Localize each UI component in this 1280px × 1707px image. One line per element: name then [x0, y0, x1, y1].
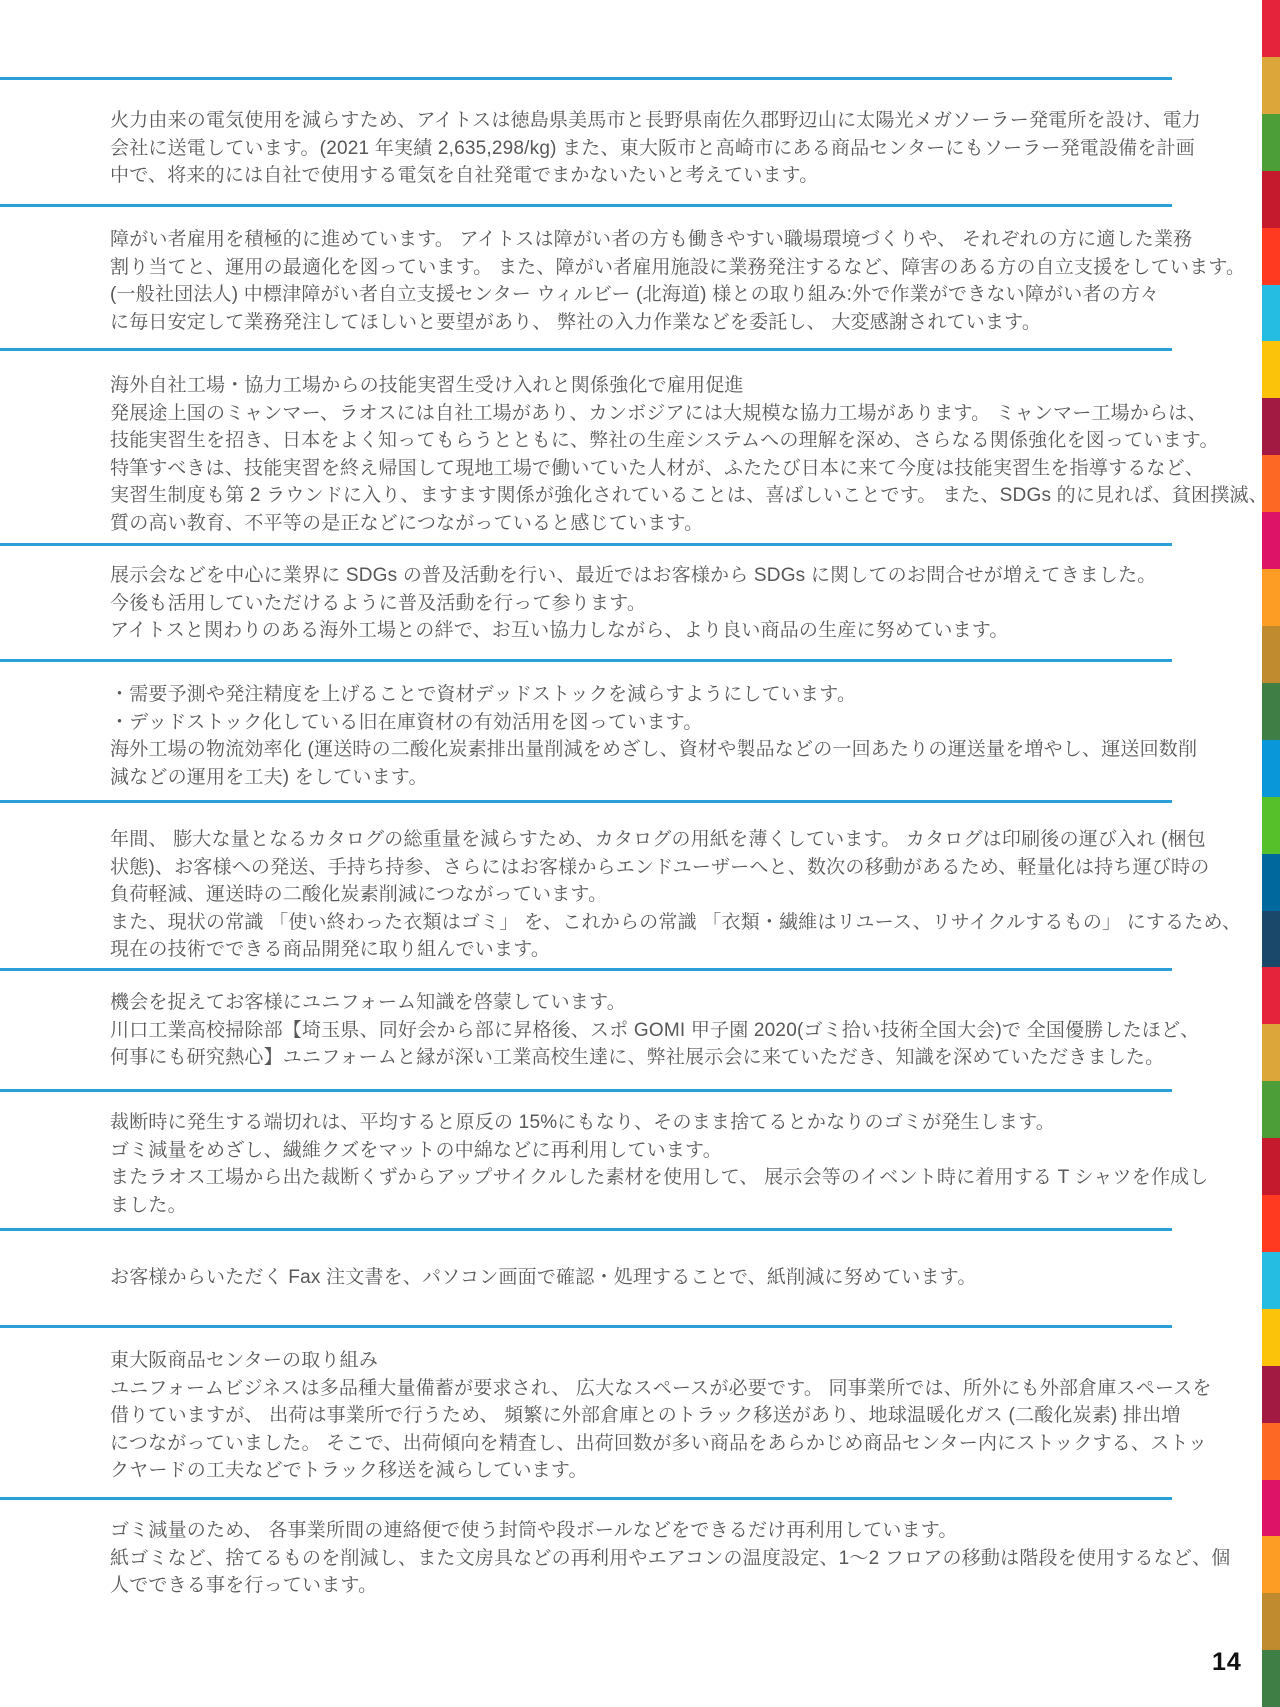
section-divider	[0, 1325, 1172, 1328]
section-text-block-fabric-scrap-recycling: 裁断時に発生する端切れは、平均すると原反の 15%にもなり、そのまま捨てるとかな…	[110, 1109, 1270, 1219]
sdg-color-segment	[1262, 512, 1280, 569]
sdg-color-segment	[1262, 1138, 1280, 1195]
section-divider	[0, 204, 1172, 207]
sdg-color-segment	[1262, 171, 1280, 228]
text-line: また、現状の常識 「使い終わった衣類はゴミ」 を、これからの常識 「衣類・繊維は…	[110, 909, 1270, 937]
text-line: ゴミ減量のため、 各事業所間の連絡便で使う封筒や段ボールなどをできるだけ再利用し…	[110, 1517, 1270, 1545]
text-line: 紙ゴミなど、捨てるものを削減し、また文房具などの再利用やエアコンの温度設定、1〜…	[110, 1545, 1270, 1573]
section-divider	[0, 1089, 1172, 1092]
text-line: 川口工業高校掃除部【埼玉県、同好会から部に昇格後、スポ GOMI 甲子園 202…	[110, 1017, 1270, 1045]
text-line: クヤードの工夫などでトラック移送を減らしています。	[110, 1457, 1270, 1485]
text-line: に毎日安定して業務発注してほしいと要望があり、 弊社の入力作業などを委託し、 大…	[110, 309, 1270, 337]
sdg-color-segment	[1262, 797, 1280, 854]
text-line: 負荷軽減、運送時の二酸化炭素削減につながっています。	[110, 881, 1270, 909]
text-line: 海外工場の物流効率化 (運送時の二酸化炭素排出量削減をめざし、資材や製品などの一…	[110, 736, 1270, 764]
section-divider	[0, 968, 1172, 971]
sdg-color-segment	[1262, 285, 1280, 342]
text-line: 火力由来の電気使用を減らすため、アイトスは徳島県美馬市と長野県南佐久郡野辺山に太…	[110, 107, 1270, 135]
text-line: 機会を捉えてお客様にユニフォーム知識を啓蒙しています。	[110, 989, 1270, 1017]
sdg-color-segment	[1262, 1480, 1280, 1537]
sdg-color-segment	[1262, 1252, 1280, 1309]
sdg-color-segment	[1262, 57, 1280, 114]
section-divider	[0, 659, 1172, 662]
sdg-color-segment	[1262, 1423, 1280, 1480]
sdg-color-segment	[1262, 228, 1280, 285]
section-text-block-sdgs-outreach: 展示会などを中心に業界に SDGs の普及活動を行い、最近ではお客様から SDG…	[110, 562, 1270, 645]
text-line: 特筆すべきは、技能実習を終え帰国して現地工場で働いていた人材が、ふたたび日本に来…	[110, 455, 1270, 483]
sdg-color-segment	[1262, 569, 1280, 626]
text-line: (一般社団法人) 中標津障がい者自立支援センター ウィルビー (北海道) 様との…	[110, 281, 1270, 309]
sdg-color-segment	[1262, 1650, 1280, 1707]
page-number: 14	[1212, 1648, 1256, 1677]
section-text-block-deadstock-reduction: ・需要予測や発注精度を上げることで資材デッドストックを減らすようにしています。・…	[110, 681, 1270, 791]
sdg-color-strip	[1262, 0, 1280, 1707]
text-line: 発展途上国のミャンマー、ラオスには自社工場があり、カンボジアには大規模な協力工場…	[110, 400, 1270, 428]
sdg-color-segment	[1262, 1081, 1280, 1138]
sdg-color-segment	[1262, 398, 1280, 455]
text-line: 障がい者雇用を積極的に進めています。 アイトスは障がい者の方も働きやすい職場環境…	[110, 226, 1270, 254]
sdg-color-segment	[1262, 967, 1280, 1024]
text-line: またラオス工場から出た裁断くずからアップサイクルした素材を使用して、 展示会等の…	[110, 1164, 1270, 1192]
text-line: 海外自社工場・協力工場からの技能実習生受け入れと関係強化で雇用促進	[110, 372, 1270, 400]
sdg-color-segment	[1262, 114, 1280, 171]
section-text-block-higashiosaka-center: 東大阪商品センターの取り組みユニフォームビジネスは多品種大量備蓄が要求され、 広…	[110, 1347, 1270, 1485]
sdg-color-segment	[1262, 1024, 1280, 1081]
section-divider	[0, 800, 1172, 803]
sdgs-report-page: 火力由来の電気使用を減らすため、アイトスは徳島県美馬市と長野県南佐久郡野辺山に太…	[0, 0, 1280, 1707]
text-line: 今後も活用していただけるように普及活動を行って参ります。	[110, 590, 1270, 618]
text-line: ・需要予測や発注精度を上げることで資材デッドストックを減らすようにしています。	[110, 681, 1270, 709]
text-line: につながっていました。 そこで、出荷傾向を精査し、出荷回数が多い商品をあらかじめ…	[110, 1430, 1270, 1458]
sdg-color-segment	[1262, 1536, 1280, 1593]
sdg-color-segment	[1262, 683, 1280, 740]
sdg-color-segment	[1262, 455, 1280, 512]
sdg-color-segment	[1262, 626, 1280, 683]
text-line: ゴミ減量をめざし、繊維クズをマットの中綿などに再利用しています。	[110, 1137, 1270, 1165]
text-line: 展示会などを中心に業界に SDGs の普及活動を行い、最近ではお客様から SDG…	[110, 562, 1270, 590]
section-divider	[0, 543, 1172, 546]
section-text-block-fax-paper-reduction: お客様からいただく Fax 注文書を、パソコン画面で確認・処理することで、紙削減…	[110, 1264, 1270, 1292]
text-line: 減などの運用を工夫) をしています。	[110, 764, 1270, 792]
sdg-color-segment	[1262, 911, 1280, 968]
section-text-block-waste-reduction: ゴミ減量のため、 各事業所間の連絡便で使う封筒や段ボールなどをできるだけ再利用し…	[110, 1517, 1270, 1600]
sdg-color-segment	[1262, 1309, 1280, 1366]
text-line: 技能実習生を招き、日本をよく知ってもらうとともに、弊社の生産システムへの理解を深…	[110, 427, 1270, 455]
text-line: 裁断時に発生する端切れは、平均すると原反の 15%にもなり、そのまま捨てるとかな…	[110, 1109, 1270, 1137]
text-line: 割り当てと、運用の最適化を図っています。 また、障がい者雇用施設に業務発注するな…	[110, 254, 1270, 282]
sdg-color-segment	[1262, 1593, 1280, 1650]
text-line: 何事にも研究熱心】ユニフォームと縁が深い工業高校生達に、弊社展示会に来ていただき…	[110, 1044, 1270, 1072]
text-line: 実習生制度も第 2 ラウンドに入り、ますます関係が強化されていることは、喜ばしい…	[110, 482, 1270, 510]
text-line: 現在の技術でできる商品開発に取り組んでいます。	[110, 936, 1270, 964]
text-line: アイトスと関わりのある海外工場との絆で、お互い協力しながら、より良い商品の生産に…	[110, 617, 1270, 645]
text-line: ユニフォームビジネスは多品種大量備蓄が要求され、 広大なスペースが必要です。 同…	[110, 1375, 1270, 1403]
sdg-color-segment	[1262, 0, 1280, 57]
text-line: 会社に送電しています。(2021 年実績 2,635,298/kg) また、東大…	[110, 135, 1270, 163]
sdg-color-segment	[1262, 740, 1280, 797]
section-divider	[0, 1228, 1172, 1231]
section-text-block-overseas-factories: 海外自社工場・協力工場からの技能実習生受け入れと関係強化で雇用促進発展途上国のミ…	[110, 372, 1270, 537]
text-line: ました。	[110, 1192, 1270, 1220]
text-line: 年間、 膨大な量となるカタログの総重量を減らすため、カタログの用紙を薄くしていま…	[110, 826, 1270, 854]
text-line: 中で、将来的には自社で使用する電気を自社発電でまかないたいと考えています。	[110, 162, 1270, 190]
sdg-color-segment	[1262, 341, 1280, 398]
sdg-color-segment	[1262, 854, 1280, 911]
section-text-block-uniform-education: 機会を捉えてお客様にユニフォーム知識を啓蒙しています。川口工業高校掃除部【埼玉県…	[110, 989, 1270, 1072]
text-line: 質の高い教育、不平等の是正などにつながっていると感じています。	[110, 510, 1270, 538]
text-line: 状態)、お客様への発送、手持ち持参、さらにはお客様からエンドユーザーへと、数次の…	[110, 854, 1270, 882]
section-text-block-catalog-weight: 年間、 膨大な量となるカタログの総重量を減らすため、カタログの用紙を薄くしていま…	[110, 826, 1270, 964]
text-line: ・デッドストック化している旧在庫資材の有効活用を図っています。	[110, 709, 1270, 737]
section-text-block-solar-power: 火力由来の電気使用を減らすため、アイトスは徳島県美馬市と長野県南佐久郡野辺山に太…	[110, 107, 1270, 190]
section-text-block-disability-employment: 障がい者雇用を積極的に進めています。 アイトスは障がい者の方も働きやすい職場環境…	[110, 226, 1270, 336]
sdg-color-segment	[1262, 1195, 1280, 1252]
section-divider	[0, 1497, 1172, 1500]
sdg-color-segment	[1262, 1366, 1280, 1423]
text-line: 借りていますが、 出荷は事業所で行うため、 頻繁に外部倉庫とのトラック移送があり…	[110, 1402, 1270, 1430]
text-line: お客様からいただく Fax 注文書を、パソコン画面で確認・処理することで、紙削減…	[110, 1264, 1270, 1292]
section-divider	[0, 77, 1172, 80]
text-line: 人でできる事を行っています。	[110, 1572, 1270, 1600]
section-divider	[0, 348, 1172, 351]
text-line: 東大阪商品センターの取り組み	[110, 1347, 1270, 1375]
